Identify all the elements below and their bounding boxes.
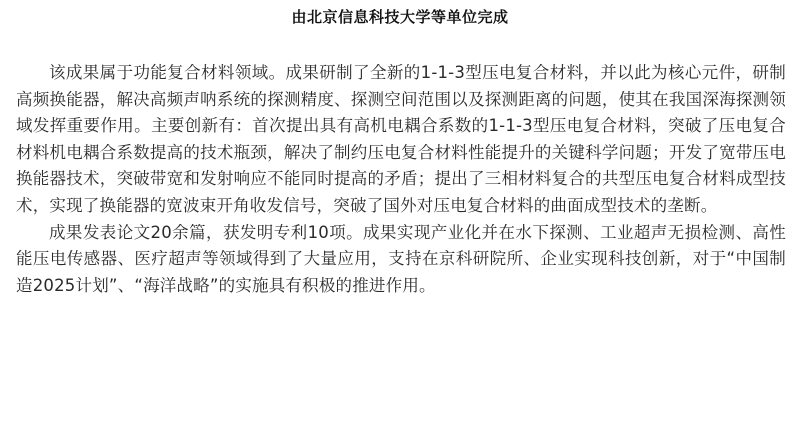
document-body: 该成果属于功能复合材料领域。成果研制了全新的1-1-3型压电复合材料，并以此为核… xyxy=(16,60,786,299)
document-title: 由北京信息科技大学等单位完成 xyxy=(0,6,800,28)
document-page: 由北京信息科技大学等单位完成 该成果属于功能复合材料领域。成果研制了全新的1-1… xyxy=(0,0,800,435)
paragraph-achievements: 成果发表论文20余篇，获发明专利10项。成果实现产业化并在水下探测、工业超声无损… xyxy=(16,220,786,300)
paragraph-innovation-summary: 该成果属于功能复合材料领域。成果研制了全新的1-1-3型压电复合材料，并以此为核… xyxy=(16,60,786,220)
